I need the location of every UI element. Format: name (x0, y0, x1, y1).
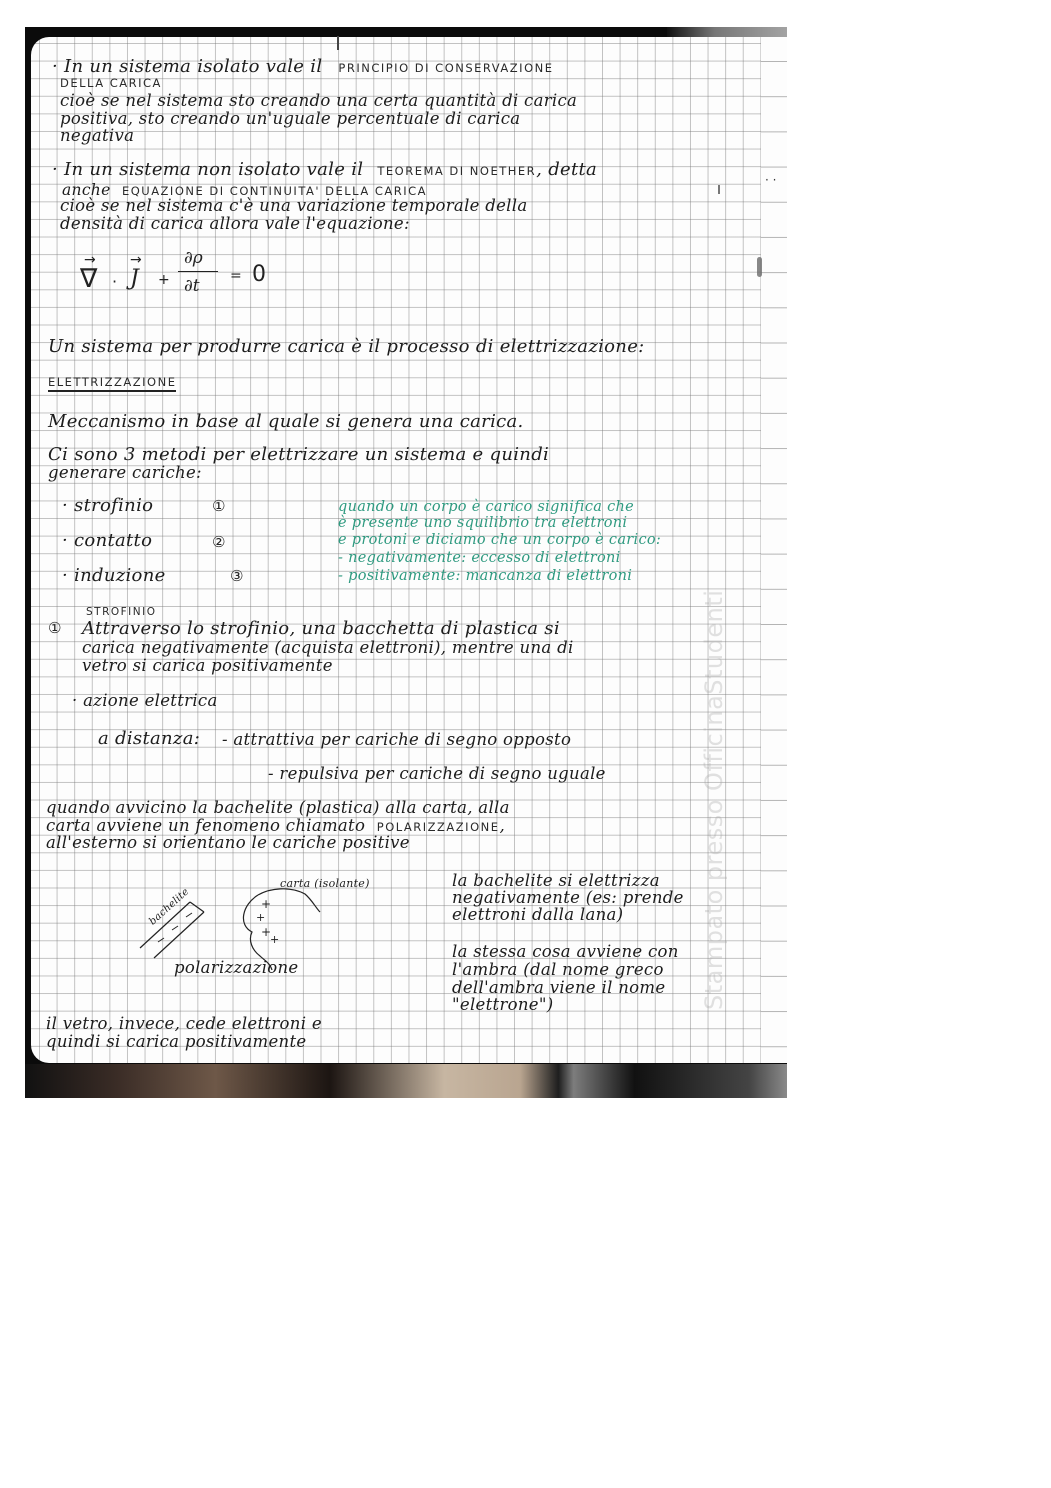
current-density-symbol: J (130, 266, 139, 291)
polarization-para3: all'esterno si orientano le cariche posi… (46, 835, 410, 852)
rubbing-line1: Attraverso lo strofinio, una bacchetta d… (82, 620, 560, 638)
section2-line3: cioè se nel sistema c'è una variazione t… (60, 198, 527, 215)
method-item: · induzione (62, 567, 166, 585)
theorem-name: TEOREMA DI NOETHER (377, 164, 536, 178)
principle-name: PRINCIPIO DI CONSERVAZIONE (338, 61, 553, 75)
method-item: · contatto (62, 532, 152, 550)
side-note-line: e protoni e diciamo che un corpo è caric… (338, 533, 661, 548)
side-note-line: è presente uno squilibrio tra elettroni (338, 516, 627, 531)
section1-line5: negativa (60, 128, 134, 145)
closing-line2: quindi si carica positivamente (46, 1034, 306, 1051)
section1-line2: DELLA CARICA (60, 78, 162, 90)
right-note2-line: l'ambra (dal nome greco (452, 962, 664, 979)
pen-mark (337, 36, 339, 50)
subsection-label: STROFINIO (86, 607, 157, 618)
pen-mark (718, 185, 720, 194)
rubbing-line3: vetro si carica positivamente (82, 658, 333, 675)
section-heading: ELETTRIZZAZIONE (48, 377, 176, 392)
paper-label: carta (isolante) (280, 878, 370, 889)
side-note-line: - negativamente: eccesso di elettroni (338, 551, 621, 566)
subsection-number: ① (48, 621, 62, 636)
fraction-bar (178, 271, 218, 272)
side-note-line: - positivamente: mancanza di elettroni (338, 569, 632, 584)
closing-line1: il vetro, invece, cede elettroni e (46, 1016, 322, 1033)
polarization-term: POLARIZZAZIONE (377, 820, 500, 834)
methods-intro-line2: generare cariche: (48, 465, 202, 482)
section1-line3: cioè se nel sistema sto creando una cert… (60, 93, 577, 110)
positive-charge: + (261, 898, 271, 910)
right-note2-line: la stessa cosa avviene con (452, 944, 679, 961)
right-note1-line: elettroni dalla lana) (452, 907, 623, 924)
repulsive-force: - repulsiva per cariche di segno uguale (268, 766, 606, 783)
positive-charge: + (270, 934, 280, 945)
method-item: · strofinio (62, 497, 153, 515)
bullet: · (52, 56, 64, 77)
polarization-para1: quando avvicino la bachelite (plastica) … (46, 800, 510, 817)
rubbing-line2: carica negativamente (acquista elettroni… (82, 640, 574, 657)
attractive-force: - attrattiva per cariche di segno oppost… (222, 732, 571, 749)
right-note2-line: "elettrone") (452, 997, 554, 1014)
electrification-definition: Meccanismo in base al quale si genera un… (48, 413, 524, 431)
side-note-line: quando un corpo è carico significa che (338, 500, 634, 515)
polarization-diagram: carta (isolante) bachelite + + + + polar… (130, 860, 400, 980)
method-number: ② (212, 535, 226, 550)
positive-charge: + (256, 912, 266, 923)
continuity-equation: → ∇ · → J + ∂ρ ∂t = 0 (80, 248, 300, 296)
electric-action-bullet: · azione elettrica (72, 693, 218, 710)
section2-line4: densità di carica allora vale l'equazion… (60, 216, 410, 233)
distance-label: a distanza: (98, 730, 200, 748)
section1-line1: · In un sistema isolato vale il PRINCIPI… (52, 58, 553, 76)
nabla-symbol: ∇ (80, 264, 97, 294)
method-number: ① (212, 499, 226, 514)
electrification-intro: Un sistema per produrre carica è il proc… (48, 338, 645, 356)
margin-dots: · · (765, 173, 776, 187)
ink-smudge (757, 257, 762, 277)
section2-line1: · In un sistema non isolato vale il TEOR… (52, 161, 597, 179)
watermark: Stampato presso OfficinaStudenti (700, 570, 728, 1010)
scan-edge-bottom (25, 1064, 787, 1098)
diagram-caption: polarizzazione (174, 960, 299, 977)
methods-intro-line1: Ci sono 3 metodi per elettrizzare un sis… (48, 446, 549, 464)
method-number: ③ (230, 569, 244, 584)
